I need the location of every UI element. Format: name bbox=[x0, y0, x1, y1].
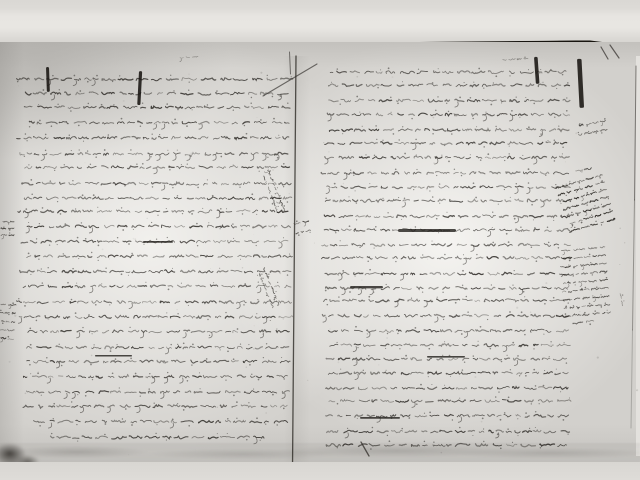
left-page-margin-note-a bbox=[259, 169, 287, 214]
handwriting-ink-layer bbox=[0, 0, 640, 480]
speckle-noise bbox=[2, 72, 638, 456]
left-page-bold-stroke-b bbox=[46, 67, 50, 92]
left-page-top-specks bbox=[179, 56, 198, 62]
right-edge-faint-mark bbox=[620, 293, 625, 306]
top-right-tick-1 bbox=[601, 47, 608, 59]
right-margin-note-top bbox=[576, 118, 608, 138]
right-page-bold-stroke bbox=[534, 57, 539, 84]
left-edge-note-a bbox=[1, 221, 14, 239]
right-page-underline-a bbox=[427, 356, 465, 358]
left-page-text bbox=[17, 75, 293, 444]
left-edge-note-b bbox=[0, 302, 16, 343]
ruled-lines bbox=[263, 45, 636, 468]
right-page-heavy-word bbox=[398, 229, 456, 232]
right-page-top-specks bbox=[503, 56, 528, 60]
left-page-bold-stroke-a bbox=[137, 71, 142, 105]
manuscript-scan: 5 bbox=[0, 0, 640, 480]
right-margin-heavy-stroke bbox=[577, 59, 584, 108]
gutter-double-line bbox=[290, 52, 291, 74]
page-edge-line-bottom bbox=[631, 330, 633, 428]
gutter-fold-line bbox=[293, 56, 297, 468]
top-right-tick-2 bbox=[610, 45, 619, 58]
right-page-underline-b bbox=[360, 417, 400, 419]
right-margin-block-a bbox=[555, 172, 615, 235]
left-page-overline bbox=[143, 241, 173, 243]
scan-bottom-margin bbox=[0, 462, 640, 480]
page-edge-line-top bbox=[635, 66, 637, 200]
right-margin-mark-a bbox=[576, 167, 592, 173]
right-margin-block-b bbox=[559, 246, 611, 317]
left-page-underline-a bbox=[95, 355, 132, 357]
right-page-text bbox=[321, 67, 571, 449]
left-page-margin-note-b bbox=[255, 267, 281, 309]
page-edge-line-mid bbox=[633, 200, 635, 330]
manuscript-photo: 5 bbox=[0, 42, 640, 462]
right-page-heavy-word-b bbox=[350, 286, 383, 288]
ink-marks bbox=[46, 57, 584, 419]
right-margin-mark-b bbox=[573, 320, 594, 327]
gutter-note bbox=[293, 218, 311, 236]
